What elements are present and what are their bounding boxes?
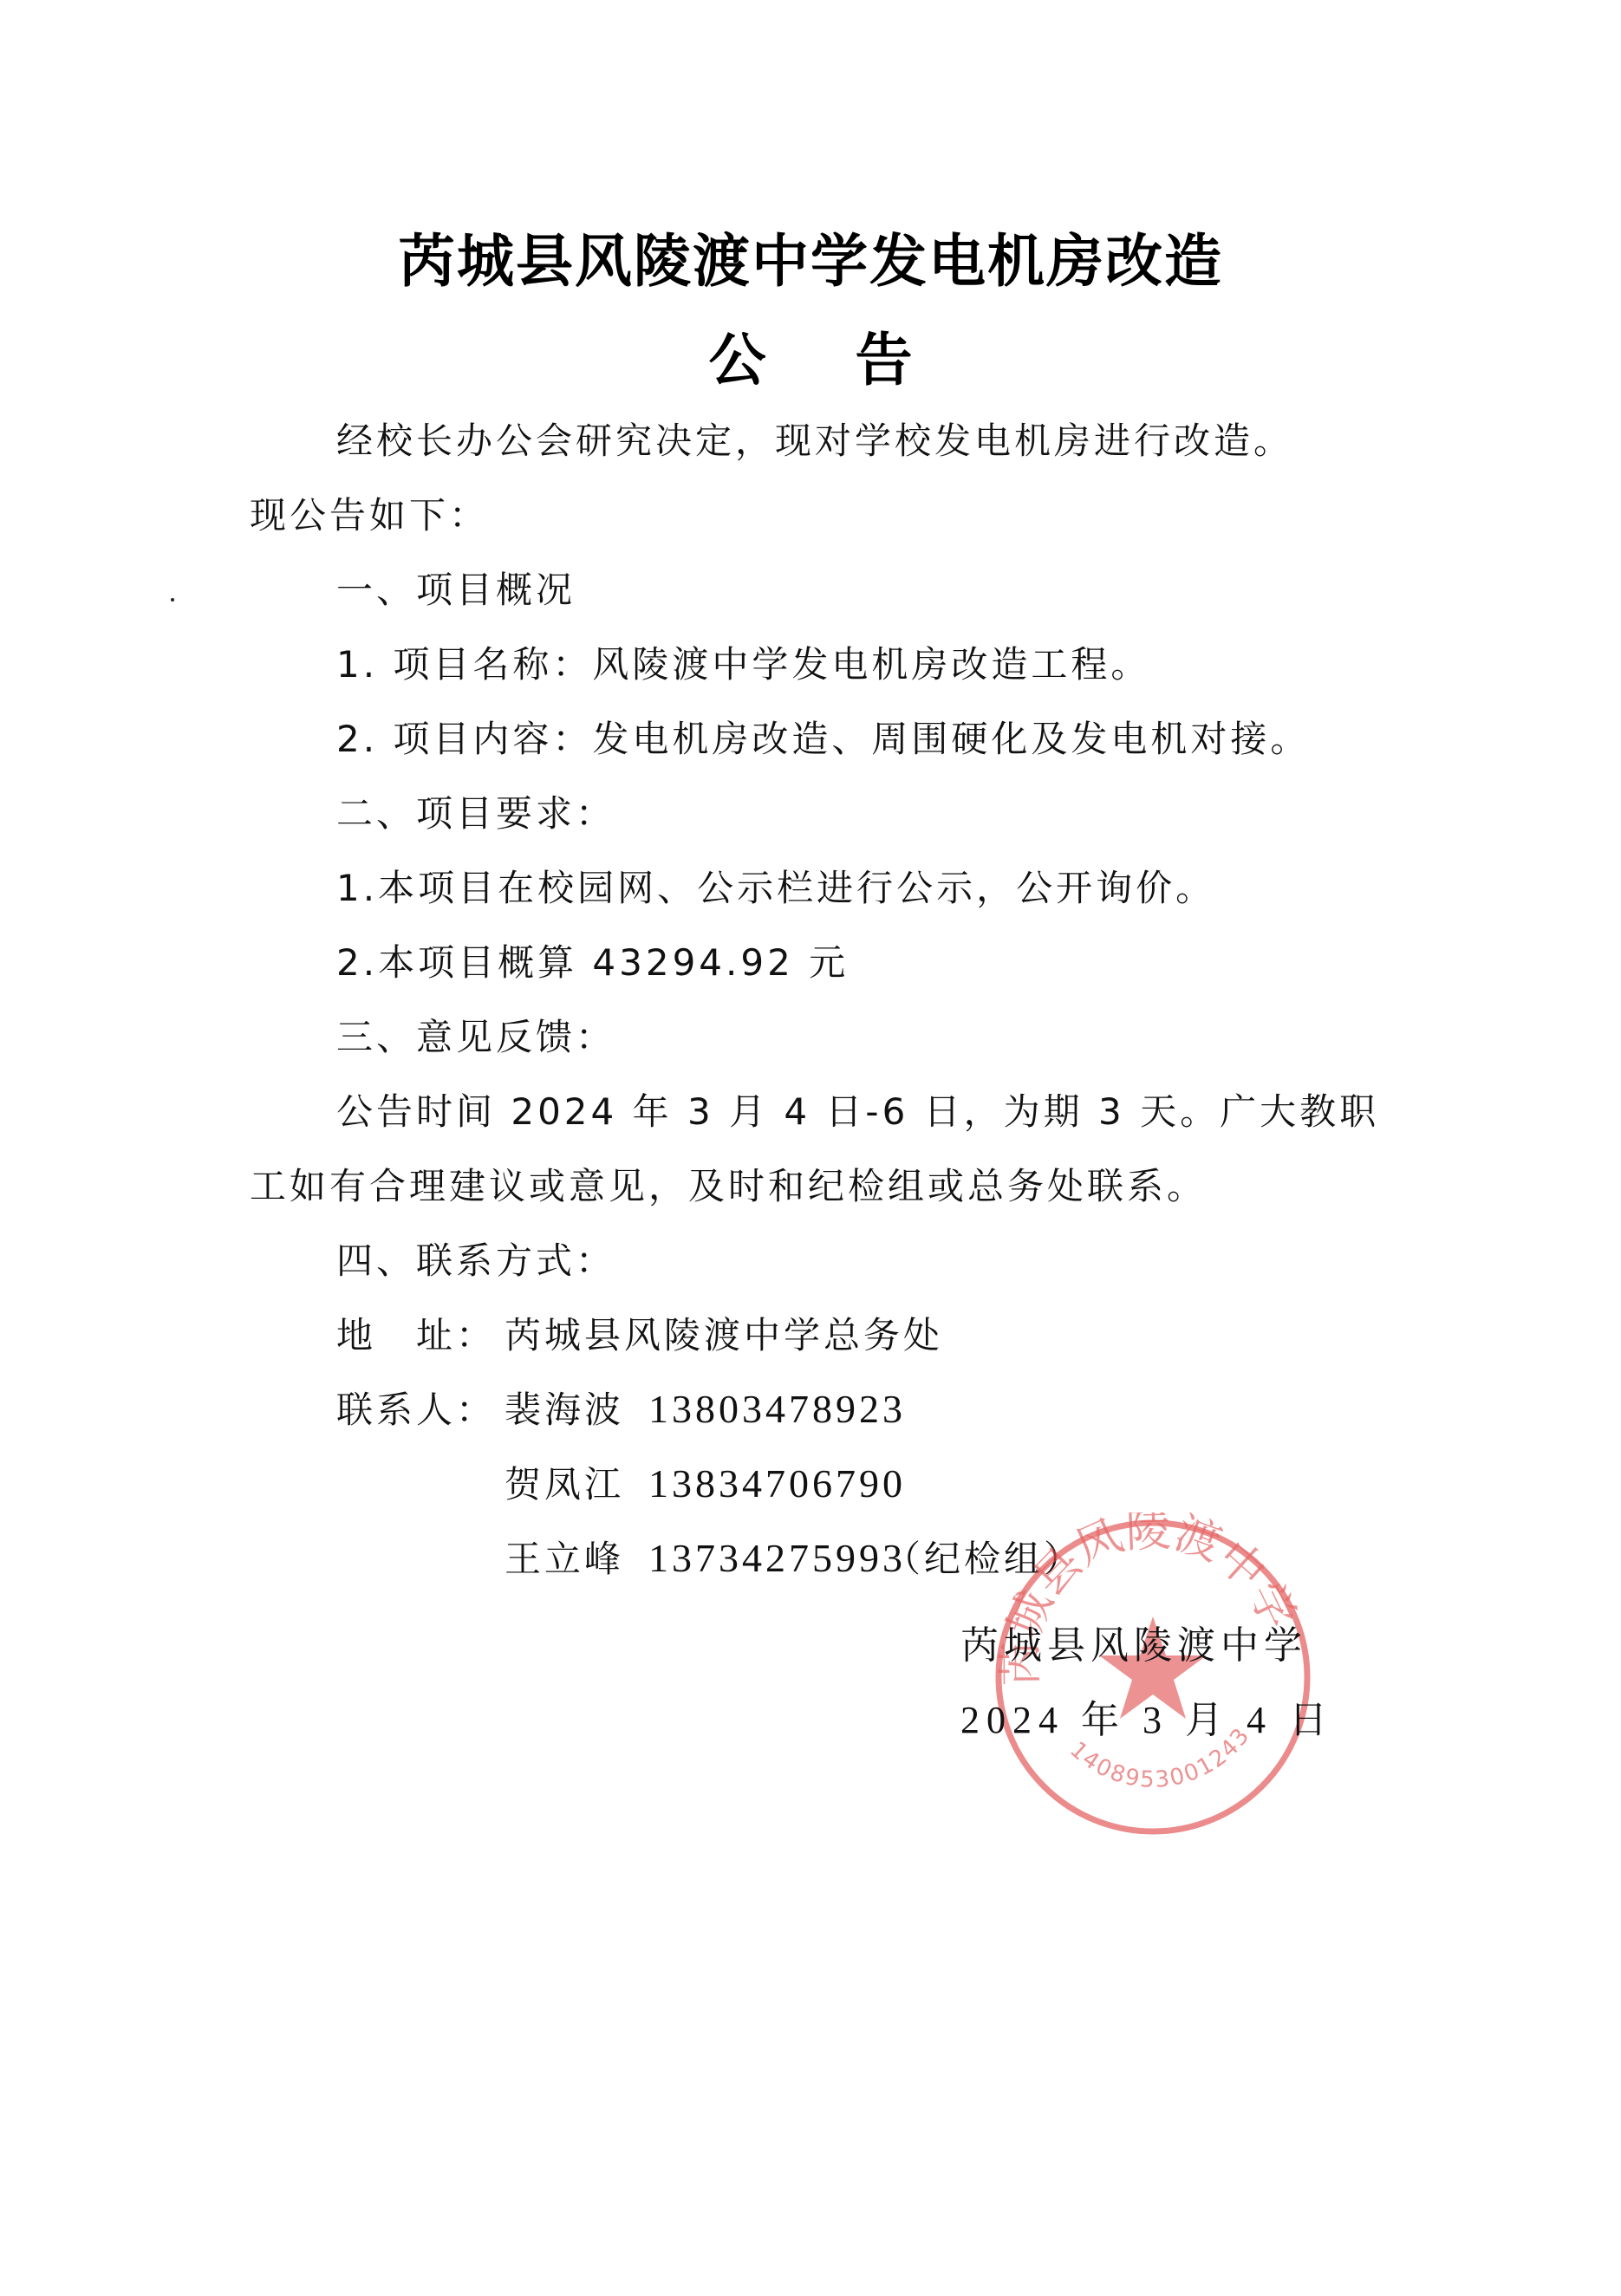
section-3-para-line-2: 工如有合理建议或意见，及时和纪检组或总务处联系。	[250, 1168, 1207, 1205]
document-title: 芮城县风陵渡中学发电机房改造	[0, 215, 1621, 297]
contact-1-phone: 13803478923	[648, 1389, 906, 1429]
official-seal-stamp: 芮城县风陵渡中学 1408953001243	[988, 1512, 1318, 1842]
contact-3-phone: 13734275993	[648, 1538, 906, 1578]
section-1-heading: 一、项目概况	[336, 572, 576, 608]
contact-2-name: 贺凤江	[505, 1467, 624, 1503]
signature-org: 芮城县风陵渡中学	[960, 1614, 1307, 1669]
intro-line-2: 现公告如下：	[250, 498, 489, 534]
section-4-heading: 四、联系方式：	[336, 1243, 615, 1279]
section-1-item-1: 1. 项目名称：风陵渡中学发电机房改造工程。	[336, 647, 1150, 683]
contact-3-name: 王立峰	[505, 1541, 624, 1577]
section-2-item-1: 1.本项目在校园网、公示栏进行公示，公开询价。	[336, 870, 1215, 907]
section-1-item-2: 2. 项目内容：发电机房改造、周围硬化及发电机对接。	[336, 721, 1310, 758]
intro-line-1: 经校长办公会研究决定，现对学校发电机房进行改造。	[336, 423, 1293, 459]
section-2-heading: 二、项目要求：	[336, 796, 615, 832]
document-subtitle: 公 告	[0, 314, 1621, 396]
document-page: 芮城县风陵渡中学发电机房改造 公 告 经校长办公会研究决定，现对学校发电机房进行…	[0, 0, 1621, 2296]
section-3-heading: 三、意见反馈：	[336, 1019, 615, 1056]
signature-date: 2024 年 3 月 4 日	[960, 1688, 1334, 1744]
contact-2-phone: 13834706790	[648, 1464, 906, 1504]
contact-1-name: 裴海波	[505, 1392, 624, 1428]
address-value: 芮城县风陵渡中学总务处	[505, 1317, 943, 1354]
section-2-item-2: 2.本项目概算 43294.92 元	[336, 945, 849, 981]
contact-label: 联系人：	[336, 1392, 496, 1428]
address-label: 地 址：	[336, 1317, 496, 1354]
section-3-para-line-1: 公告时间 2024 年 3 月 4 日-6 日，为期 3 天。广大教职	[336, 1094, 1379, 1130]
scan-speck	[171, 598, 174, 602]
